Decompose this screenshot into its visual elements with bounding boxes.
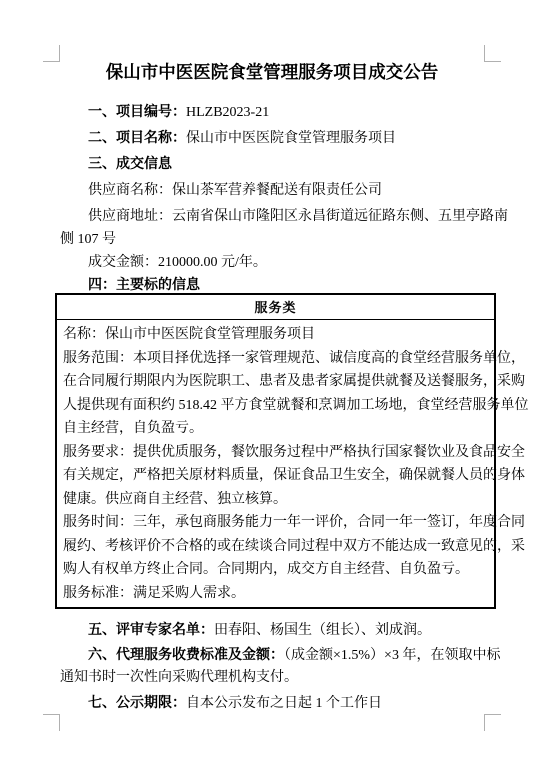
table-line: 人提供现有面积约 518.42 平方食堂就餐和烹调加工场地，食堂经营服务单位	[63, 394, 490, 418]
deal-info-heading: 三、成交信息	[60, 155, 510, 175]
table-line: 有关规定，严格把关原材料质量，保证食品卫生安全，确保就餐人员的身体	[63, 464, 490, 488]
table-body-cell: 名称：保山市中医医院食堂管理服务项目 服务范围：本项目择优选择一家管理规范、诚信…	[57, 320, 494, 607]
page-margin-mark-top-left	[43, 45, 60, 62]
agency-fee-line2: 通知书时一次性向采购代理机构支付。	[60, 668, 510, 688]
table-line: 服务标准：满足采购人需求。	[63, 582, 490, 606]
table-line: 自主经营，自负盈亏。	[63, 417, 490, 441]
agency-fee-value: （成金额×1.5%）×3 年，在领取中标	[284, 648, 500, 663]
experts-value: 田春阳、杨国生（组长）、刘成润。	[214, 623, 431, 638]
supplier-address-line2: 侧 107 号	[60, 230, 510, 250]
document-title: 保山市中医医院食堂管理服务项目成交公告	[60, 60, 484, 84]
project-name-value: 保山市中医医院食堂管理服务项目	[186, 131, 396, 146]
publicity-period-line: 七、公示期限：自本公示发布之日起 1 个工作日	[60, 694, 510, 714]
experts-label: 五、评审专家名单：	[88, 623, 214, 638]
table-line: 履约、考核评价不合格的或在续谈合同过程中双方不能达成一致意见的，采	[63, 535, 490, 559]
project-number-line: 一、项目编号：HLZB2023-21	[60, 103, 510, 123]
table-header-service-class: 服务类	[57, 295, 494, 320]
agency-fee-label: 六、代理服务收费标准及金额：	[88, 648, 284, 663]
project-name-line: 二、项目名称：保山市中医医院食堂管理服务项目	[60, 129, 510, 149]
supplier-address-line1: 供应商地址：云南省保山市隆阳区永昌街道远征路东侧、五里亭路南	[60, 207, 510, 227]
table-line: 购人有权单方终止合同。合同期内，成交方自主经营、自负盈亏。	[63, 558, 490, 582]
publicity-period-label: 七、公示期限：	[88, 696, 186, 711]
supplier-name-line: 供应商名称：保山茶军营养餐配送有限责任公司	[60, 181, 510, 201]
project-number-value: HLZB2023-21	[186, 105, 269, 120]
table-line: 名称：保山市中医医院食堂管理服务项目	[63, 323, 490, 347]
project-name-label: 二、项目名称：	[88, 131, 186, 146]
table-line: 服务范围：本项目择优选择一家管理规范、诚信度高的食堂经营服务单位，	[63, 347, 490, 371]
page-margin-mark-top-right	[484, 45, 501, 62]
page-margin-mark-bottom-right	[484, 714, 501, 731]
project-number-label: 一、项目编号：	[88, 105, 186, 120]
agency-fee-line1: 六、代理服务收费标准及金额：（成金额×1.5%）×3 年，在领取中标	[60, 646, 510, 666]
page-margin-mark-bottom-left	[43, 714, 60, 731]
table-line: 健康。供应商自主经营、独立核算。	[63, 488, 490, 512]
table-line: 服务时间：三年，承包商服务能力一年一评价，合同一年一签订，年度合同	[63, 511, 490, 535]
experts-line: 五、评审专家名单：田春阳、杨国生（组长）、刘成润。	[60, 621, 510, 641]
table-line: 在合同履行期限内为医院职工、患者及患者家属提供就餐及送餐服务，采购	[63, 370, 490, 394]
publicity-period-value: 自本公示发布之日起 1 个工作日	[186, 696, 382, 711]
document-page: 保山市中医医院食堂管理服务项目成交公告 一、项目编号：HLZB2023-21 二…	[0, 0, 545, 777]
deal-amount-line: 成交金额：210000.00 元/年。	[60, 253, 510, 273]
subject-info-table: 服务类 名称：保山市中医医院食堂管理服务项目 服务范围：本项目择优选择一家管理规…	[55, 293, 496, 609]
table-line: 服务要求：提供优质服务，餐饮服务过程中严格执行国家餐饮业及食品安全	[63, 441, 490, 465]
